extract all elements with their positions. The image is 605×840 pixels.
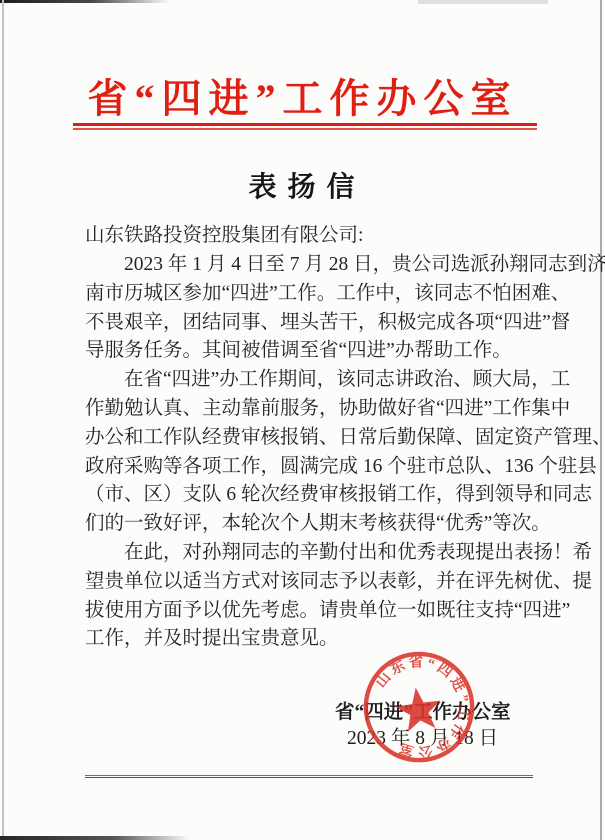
letterhead-title: 省“四进”工作办公室: [0, 74, 605, 124]
seal-star-icon: [394, 684, 444, 733]
body-line: 们的一致好评，本轮次个人期末考核获得“优秀”等次。: [85, 510, 524, 539]
body-line: 望贵单位以适当方式对该同志予以表彰，并在评先树优、提: [85, 568, 524, 597]
body-line: 南市历城区参加“四进”工作。工作中，该同志不怕困难、: [85, 280, 524, 309]
letterhead-rule: [73, 123, 537, 130]
body-line: 拔使用方面予以优先考虑。请贵单位一如既往支持“四进”: [85, 597, 524, 626]
body-line: （市、区）支队 6 轮次经费审核报销工作，得到领导和同志: [85, 481, 524, 510]
scan-edge-right: [600, 0, 602, 840]
body-line: 作勤勉认真、主动靠前服务，协助做好省“四进”工作集中: [85, 395, 524, 424]
letter-body: 2023 年 1 月 4 日至 7 月 28 日，贵公司选派孙翔同志到济 南市历…: [85, 251, 524, 654]
scan-edge-top-right: [418, 0, 548, 4]
body-line: 在此，对孙翔同志的辛勤付出和优秀表现提出表扬！希: [85, 539, 524, 568]
official-seal: 山东省“四进”工作办公室: [359, 648, 479, 768]
body-line: 导服务任务。其间被借调至省“四进”办帮助工作。: [85, 337, 524, 366]
body-line: 在省“四进”办工作期间，该同志讲政治、顾大局，工: [85, 366, 524, 395]
body-line: 办公和工作队经费审核报销、日常后勤保障、固定资产管理、: [85, 424, 524, 453]
scan-edge-left: [2, 0, 4, 840]
body-line: 2023 年 1 月 4 日至 7 月 28 日，贵公司选派孙翔同志到济: [85, 251, 524, 280]
commendation-letter-page: 省“四进”工作办公室 表 扬 信 山东铁路投资控股集团有限公司: 2023 年 …: [0, 0, 605, 840]
salutation: 山东铁路投资控股集团有限公司:: [85, 222, 525, 250]
body-line: 政府采购等各项工作，圆满完成 16 个驻市总队、136 个驻县: [85, 453, 524, 482]
document-title: 表 扬 信: [0, 170, 605, 206]
scan-edge-bottom-left: [0, 836, 190, 840]
scan-edge-top-left: [0, 0, 170, 3]
footer-rule: [85, 775, 533, 778]
body-line: 不畏艰辛，团结同事、埋头苦干，积极完成各项“四进”督: [85, 309, 524, 338]
